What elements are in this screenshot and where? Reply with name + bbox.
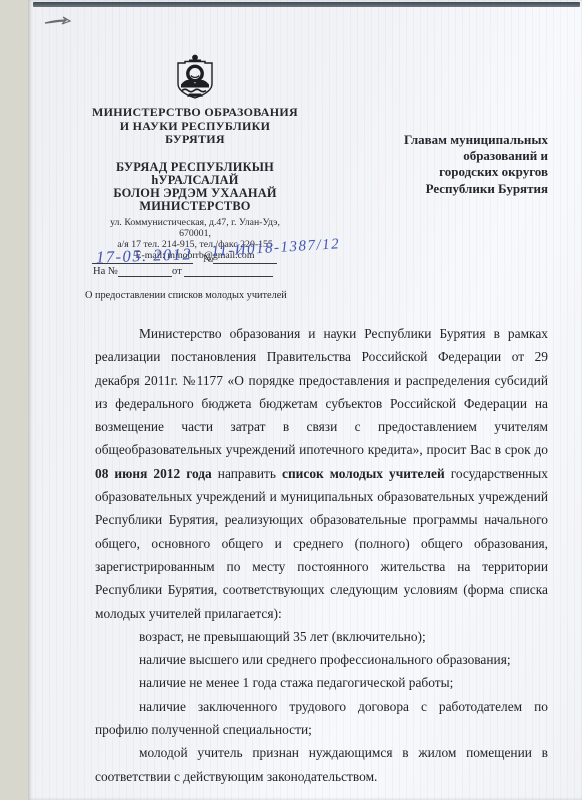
- scanner-edge-band: [33, 2, 580, 7]
- letter-body: Министерство образования и науки Республ…: [95, 322, 548, 788]
- coat-of-arms-icon: [172, 54, 218, 100]
- ministry-name-ru: МИНИСТЕРСТВО ОБРАЗОВАНИЯ И НАУКИ РЕСПУБЛ…: [60, 106, 330, 147]
- ministry-name-buryat-line: БУРЯАД РЕСПУБЛИКЫН: [60, 161, 330, 174]
- ministry-name-buryat-line: БОЛОН ЭРДЭМ УХААНАЙ: [60, 187, 330, 200]
- body-text: направить: [212, 466, 282, 481]
- reference-lines: 17-05. 2012 № 11-И018-1387/12 На № от: [60, 243, 390, 283]
- reply-reference-row: На № от: [93, 266, 393, 280]
- scanned-letter-page: МИНИСТЕРСТВО ОБРАЗОВАНИЯ И НАУКИ РЕСПУБЛ…: [0, 0, 582, 800]
- reply-number-label: На №: [93, 266, 118, 277]
- ministry-name-ru-line: И НАУКИ РЕСПУБЛИКИ: [60, 120, 330, 134]
- ministry-name-buryat-line: hУРАЛСАЛАЙ: [60, 174, 330, 187]
- condition-item: наличие высшего или среднего профессиона…: [95, 648, 548, 671]
- address-street: ул. Коммунистическая, д.47, г. Улан-Удэ,: [60, 217, 330, 228]
- letterhead-block: МИНИСТЕРСТВО ОБРАЗОВАНИЯ И НАУКИ РЕСПУБЛ…: [60, 54, 330, 262]
- reply-date-underline: [184, 257, 273, 277]
- recipient-line: Республики Бурятия: [333, 181, 548, 197]
- recipient-line: городских округов: [333, 164, 548, 180]
- ministry-name-ru-line: БУРЯТИЯ: [60, 133, 330, 147]
- condition-item: наличие не менее 1 года стажа педагогиче…: [95, 671, 548, 694]
- ministry-name-buryat: БУРЯАД РЕСПУБЛИКЫН hУРАЛСАЛАЙ БОЛОН ЭРДЭ…: [60, 161, 330, 213]
- ministry-name-ru-line: МИНИСТЕРСТВО ОБРАЗОВАНИЯ: [60, 106, 330, 120]
- address-postcode: 670001,: [60, 228, 330, 239]
- condition-item: молодой учитель признан нуждающимся в жи…: [95, 741, 548, 788]
- condition-item: наличие заключенного трудового договора …: [95, 695, 548, 742]
- recipient-line: образований и: [333, 148, 548, 164]
- body-text: Министерство образования и науки Республ…: [95, 326, 548, 457]
- list-name-bold: список молодых учителей: [282, 466, 445, 481]
- deadline-date-bold: 08 июня 2012 года: [95, 466, 212, 481]
- reply-number-underline: [118, 257, 172, 277]
- body-paragraph: Министерство образования и науки Республ…: [95, 322, 548, 625]
- ink-smudge-icon: [42, 12, 82, 28]
- recipient-line: Главам муниципальных: [333, 132, 548, 148]
- body-text: государственных образовательных учрежден…: [95, 466, 548, 621]
- subject-line: О предоставлении списков молодых учителе…: [85, 290, 287, 301]
- reply-from-label: от: [172, 266, 182, 277]
- recipient-block: Главам муниципальных образований и город…: [333, 132, 548, 197]
- ministry-name-buryat-line: МИНИСТЕРСТВО: [60, 200, 330, 213]
- condition-item: возраст, не превышающий 35 лет (включите…: [95, 625, 548, 648]
